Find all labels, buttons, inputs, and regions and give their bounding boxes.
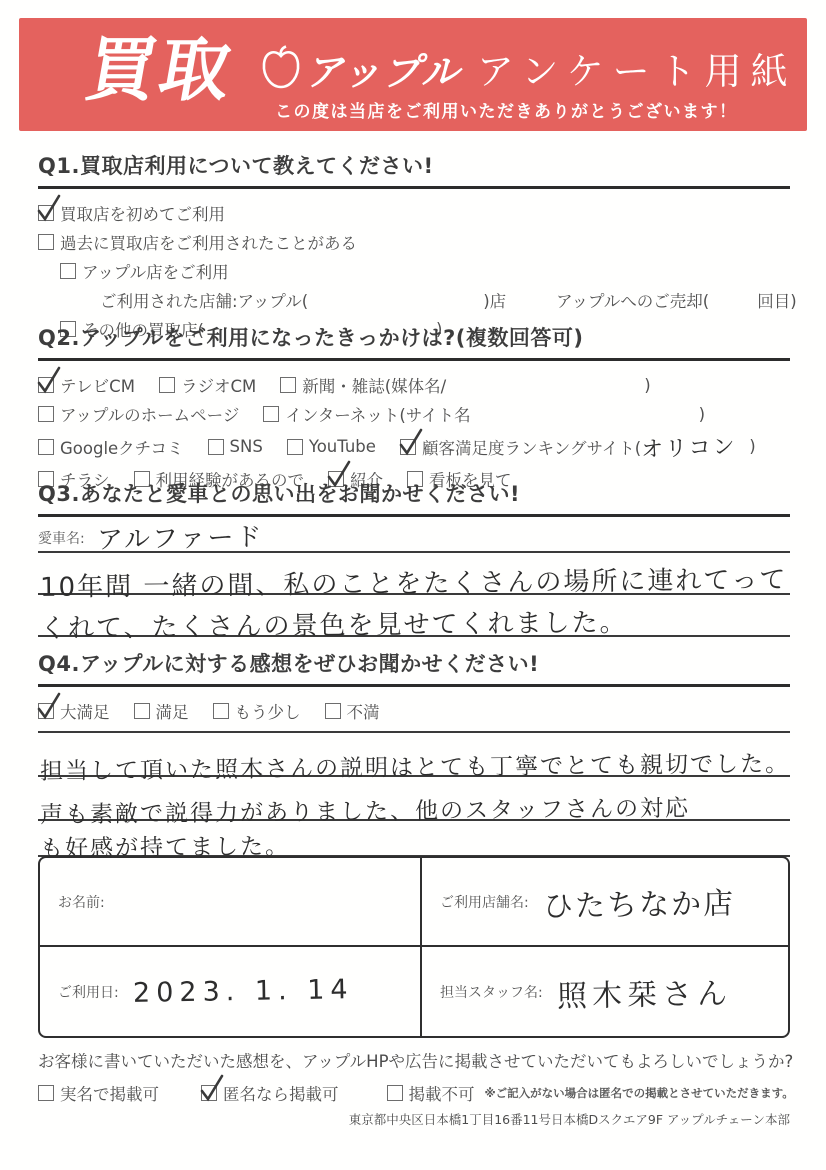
q2-option-homepage: アップルのホームページ (38, 402, 239, 426)
q2-option-sns: SNS (208, 437, 263, 456)
section-q3: Q3.あなたと愛車との思い出をお聞かせください! 愛車名: アルファード 10年… (38, 478, 790, 637)
checkbox (38, 406, 54, 422)
q2-title: Q2.アップルをご利用になったきっかけは?(複数回答可) (38, 322, 790, 361)
brand-row: アップル アンケート用紙 (261, 42, 797, 94)
cell-name: お名前: (40, 858, 422, 947)
q4-options-row: 大満足 満足 もう少し 不満 (38, 699, 790, 733)
checkbox (387, 1085, 403, 1101)
option-label: SNS (230, 437, 263, 456)
q2-option-radio-cm: ラジオCM (159, 373, 256, 397)
footer-address: 東京都中央区日本橋1丁目16番11号日本橋Dスクエア9F アップルチェーン本部 (38, 1110, 790, 1128)
q2-option-youtube: YouTube (287, 437, 376, 456)
q2-row-1: テレビCM ラジオCM 新聞・雑誌(媒体名/ ) (38, 373, 790, 397)
store-label: ご利用店舗名: (440, 892, 529, 912)
q1-store-row: ご利用された店舗:アップル( )店 アップルへのご売却( 回目) (38, 288, 790, 312)
q4-option-dissatisfied: 不満 (325, 699, 380, 723)
q2-option-tv-cm: テレビCM (38, 373, 135, 397)
apple-logo-icon (261, 45, 301, 91)
option-label: 匿名なら掲載可 (223, 1081, 339, 1105)
section-q2: Q2.アップルをご利用になったきっかけは?(複数回答可) テレビCM ラジオCM… (38, 322, 790, 491)
q2-option-newspaper: 新聞・雑誌(媒体名/ ) (280, 373, 650, 397)
checkmark-icon (36, 193, 62, 223)
q1-title: Q1.買取店利用について教えてください! (38, 150, 790, 189)
name-label: お名前: (58, 892, 105, 912)
checkbox (287, 439, 303, 455)
q2-option-internet: インターネット(サイト名 ) (263, 402, 705, 426)
memo-line-1: 10年間 一緒の間、私のことをたくさんの場所に連れてって (38, 553, 790, 595)
handwritten-store-value: ひたちなか店 (542, 878, 735, 925)
option-label: 大満足 (60, 699, 110, 723)
consent-option-anonymous: 匿名なら掲載可 (201, 1081, 339, 1105)
blank-fill-space (471, 414, 699, 415)
q2-row-2: アップルのホームページ インターネット(サイト名 ) (38, 402, 790, 426)
option-label: 過去に買取店をご利用されたことがある (60, 230, 357, 254)
q4-option-very-satisfied: 大満足 (38, 699, 110, 723)
comment-line-2: 声も素敵で説得力がありました、他のスタッフさんの対応 (38, 777, 790, 821)
comment-line-1: 担当して頂いた照木さんの説明はとても丁寧でとても親切でした。 (38, 733, 790, 777)
checkmark-icon (199, 1073, 225, 1103)
checkbox (38, 205, 54, 221)
option-label: 実名で掲載可 (60, 1081, 159, 1105)
handwritten-date-value: 2023. 1. 14 (132, 974, 353, 1009)
q1-option-apple-use: アップル店をご利用 (38, 259, 790, 283)
checkbox (263, 406, 279, 422)
q4-title: Q4.アップルに対する感想をぜひお聞かせください! (38, 648, 790, 687)
brand-name: アップル (305, 41, 461, 96)
sale-suffix: 回目) (757, 288, 796, 312)
staff-label: 担当スタッフ名: (440, 982, 543, 1002)
handwritten-staff-value: 照木栞さん (556, 968, 732, 1015)
consent-options-row: 実名で掲載可 匿名なら掲載可 掲載不可 ※ご記入がない場合は匿名での掲載とさせて… (38, 1081, 790, 1105)
checkbox (400, 439, 416, 455)
section-consent: お客様に書いていただいた感想を、アップルHPや広告に掲載させていただいてもよろし… (38, 1048, 790, 1105)
checkbox (38, 1085, 54, 1101)
option-label: YouTube (309, 437, 376, 456)
q4-option-satisfied: 満足 (134, 699, 189, 723)
cell-staff: 担当スタッフ名: 照木栞さん (422, 947, 788, 1036)
checkbox (201, 1085, 217, 1101)
q2-option-ranking-site: 顧客満足度ランキングサイト( オリコン ) (400, 431, 756, 462)
kaitori-logo: 買取 (80, 28, 241, 112)
blank-fill-space (446, 385, 644, 386)
close-paren: ) (699, 405, 705, 424)
close-paren: ) (644, 376, 650, 395)
checkmark-icon (36, 365, 62, 395)
consent-option-no-publish: 掲載不可 (387, 1081, 475, 1105)
banner-subtitle: この度は当店をご利用いただきありがとうございます！ (275, 97, 738, 122)
checkmark-icon (36, 691, 62, 721)
survey-sheet: 買取 アップル アンケート用紙 この度は当店をご利用いただきありがとうございます… (0, 0, 826, 1170)
option-label: もう少し (235, 699, 301, 723)
handwritten-memo-2: くれて、たくさんの景色を見せてくれました。 (40, 602, 628, 645)
sheet-title: アンケート用紙 (477, 41, 797, 95)
option-label: テレビCM (60, 373, 135, 397)
checkbox (208, 439, 224, 455)
option-label: ラジオCM (181, 373, 256, 397)
option-label: Googleクチコミ (60, 435, 184, 459)
checkbox (60, 263, 76, 279)
checkbox (280, 377, 296, 393)
consent-question: お客様に書いていただいた感想を、アップルHPや広告に掲載させていただいてもよろし… (38, 1048, 790, 1072)
section-q1: Q1.買取店利用について教えてください! 買取店を初めてご利用 過去に買取店をご… (38, 150, 790, 341)
q1-option-first-use: 買取店を初めてご利用 (38, 201, 790, 225)
checkbox (38, 377, 54, 393)
cell-date: ご利用日: 2023. 1. 14 (40, 947, 422, 1036)
memo-line-2: くれて、たくさんの景色を見せてくれました。 (38, 595, 790, 637)
option-label: アップル店をご利用 (82, 259, 229, 283)
checkbox (38, 234, 54, 250)
q4-option-needs-more: もう少し (213, 699, 301, 723)
section-q4: Q4.アップルに対する感想をぜひお聞かせください! 大満足 満足 もう少し (38, 648, 790, 857)
option-label: 新聞・雑誌(媒体名/ (302, 373, 446, 397)
blank-fill-space (308, 300, 483, 301)
option-label: 掲載不可 (409, 1081, 475, 1105)
checkbox (134, 703, 150, 719)
option-label: アップルのホームページ (60, 402, 239, 426)
close-paren: ) (749, 437, 755, 456)
blank-fill-space (709, 300, 757, 301)
date-label: ご利用日: (58, 982, 119, 1002)
checkbox (213, 703, 229, 719)
handwritten-car-name: アルファード (96, 517, 263, 557)
car-name-row: 愛車名: アルファード (38, 519, 790, 553)
option-label: 不満 (347, 699, 380, 723)
q3-title: Q3.あなたと愛車との思い出をお聞かせください! (38, 478, 790, 517)
option-label: インターネット(サイト名 (285, 402, 470, 426)
store-suffix: )店 (483, 288, 506, 312)
header-banner: 買取 アップル アンケート用紙 この度は当店をご利用いただきありがとうございます… (19, 18, 807, 131)
store-prefix: ご利用された店舗:アップル( (100, 288, 308, 312)
consent-option-real-name: 実名で掲載可 (38, 1081, 159, 1105)
sale-prefix: アップルへのご売却( (556, 288, 709, 312)
q2-row-3: Googleクチコミ SNS YouTube 顧客満足度ランキングサイト( オ (38, 431, 790, 462)
option-label: 満足 (156, 699, 189, 723)
checkbox (38, 703, 54, 719)
checkmark-icon (398, 427, 424, 457)
cell-store: ご利用店舗名: ひたちなか店 (422, 858, 788, 947)
option-label: 買取店を初めてご利用 (60, 201, 225, 225)
handwritten-ranking-site-value: オリコン (641, 429, 750, 464)
checkbox (159, 377, 175, 393)
option-label: 顧客満足度ランキングサイト( (422, 435, 641, 459)
q1-option-past-use: 過去に買取店をご利用されたことがある (38, 230, 790, 254)
consent-note: ※ご記入がない場合は匿名での掲載とさせていただきます。 (485, 1085, 794, 1101)
car-name-label: 愛車名: (38, 528, 85, 551)
q2-option-google-review: Googleクチコミ (38, 435, 184, 459)
customer-info-table: お名前: ご利用店舗名: ひたちなか店 ご利用日: 2023. 1. 14 担当… (38, 856, 790, 1038)
checkbox (325, 703, 341, 719)
checkbox (38, 439, 54, 455)
comment-line-3: も好感が持てました。 (38, 821, 790, 857)
spacer (506, 300, 556, 301)
